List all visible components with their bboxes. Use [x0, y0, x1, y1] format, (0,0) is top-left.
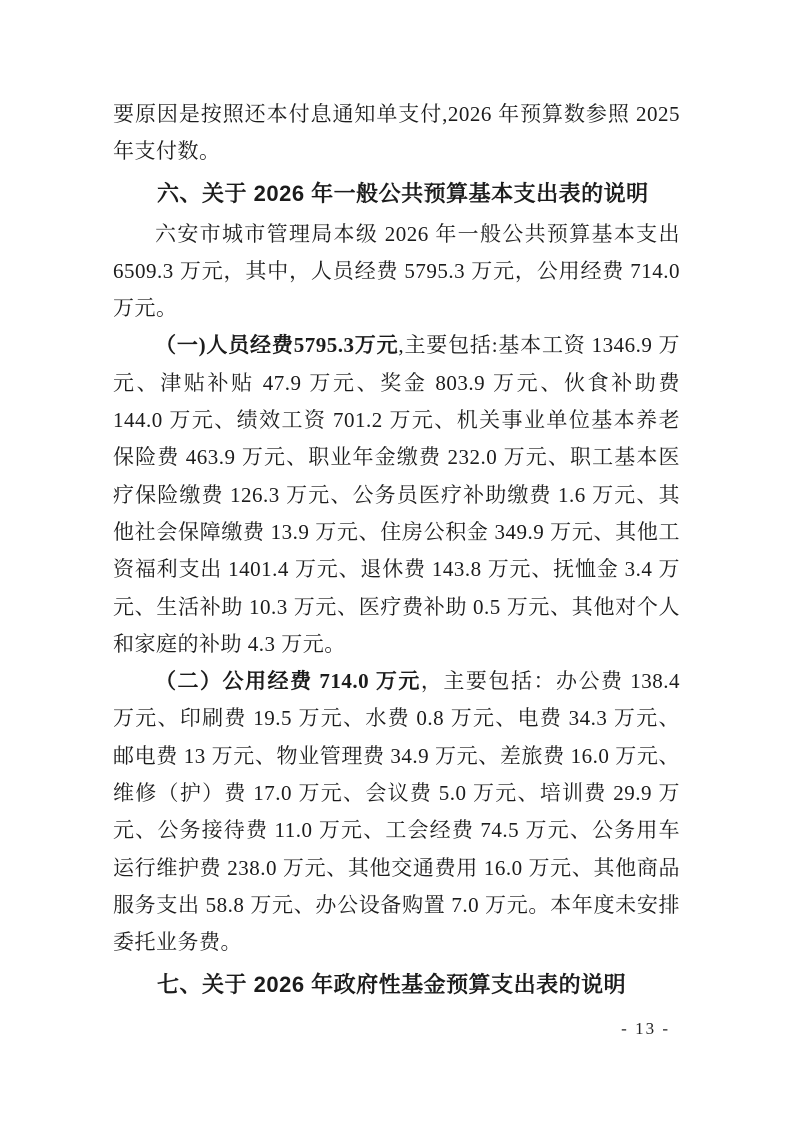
public-funds-detail: ，主要包括：办公费 138.4 万元、印刷费 19.5 万元、水费 0.8 万元…	[113, 669, 680, 954]
section6-heading: 六、关于 2026 年一般公共预算基本支出表的说明	[113, 171, 680, 216]
personnel-expense-lead: （一)人员经费5795.3万元	[155, 333, 398, 357]
section7-heading: 七、关于 2026 年政府性基金预算支出表的说明	[113, 962, 680, 1007]
page-number: - 13 -	[621, 1016, 670, 1042]
personnel-expense-paragraph: （一)人员经费5795.3万元,主要包括:基本工资 1346.9 万元、津贴补贴…	[113, 327, 680, 663]
continuation-paragraph: 要原因是按照还本付息通知单支付,2026 年预算数参照 2025 年支付数。	[113, 96, 680, 171]
section6-intro-paragraph: 六安市城市管理局本级 2026 年一般公共预算基本支出 6509.3 万元，其中…	[113, 216, 680, 328]
public-funds-paragraph: （二）公用经费 714.0 万元，主要包括：办公费 138.4 万元、印刷费 1…	[113, 663, 680, 961]
document-body: 要原因是按照还本付息通知单支付,2026 年预算数参照 2025 年支付数。 六…	[113, 96, 680, 1007]
document-page: 要原因是按照还本付息通知单支付,2026 年预算数参照 2025 年支付数。 六…	[0, 0, 793, 1122]
public-funds-lead: （二）公用经费 714.0 万元	[155, 669, 421, 693]
personnel-expense-detail: ,主要包括:基本工资 1346.9 万元、津贴补贴 47.9 万元、奖金 803…	[113, 333, 680, 655]
